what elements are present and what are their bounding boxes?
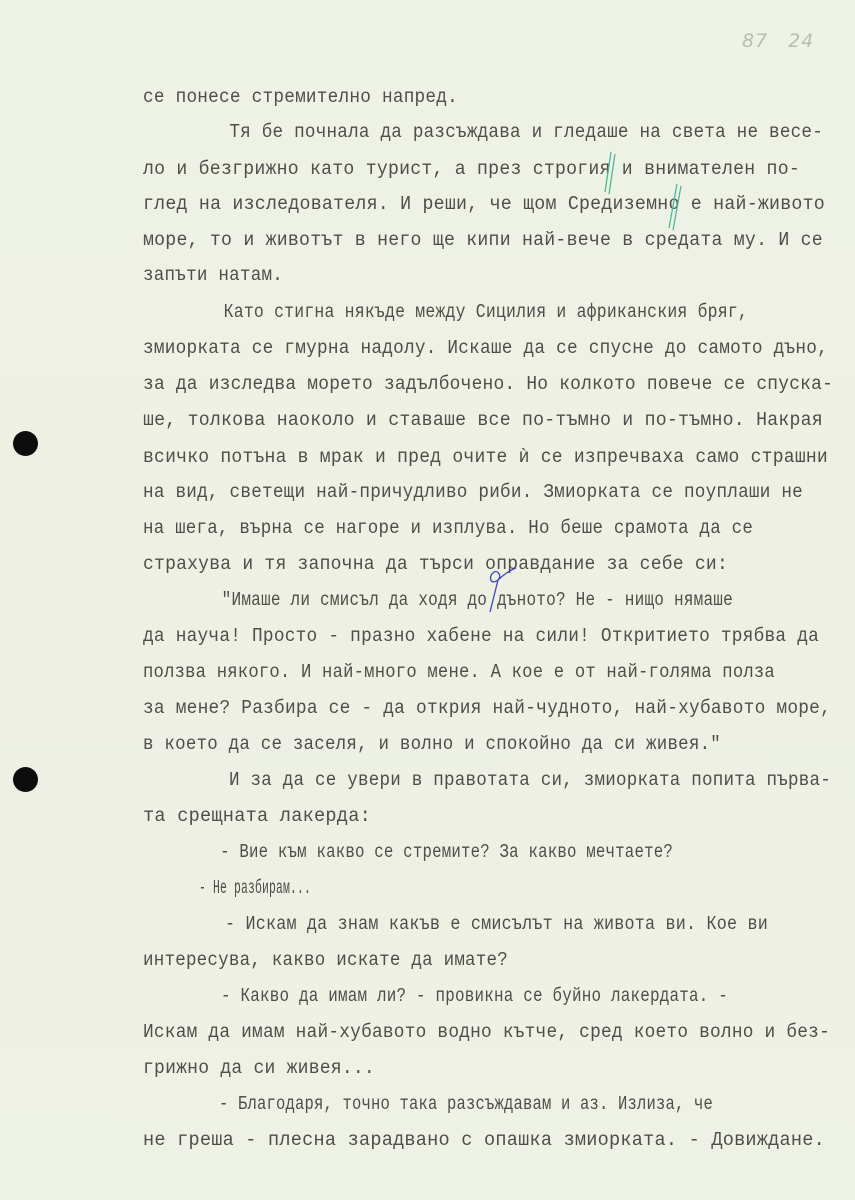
text-line: - Искам да знам какъв е смисълът на живо…: [143, 913, 768, 935]
text-line: - Не разбирам...: [143, 877, 311, 899]
text-line: змиорката се гмурна надолу. Искаше да се…: [143, 337, 828, 359]
document-page: 8724 се понесе стремително напред. Тя бе…: [0, 0, 855, 1200]
text-line: - Благодаря, точно така разсъждавам и аз…: [143, 1093, 713, 1115]
text-line: за да изследва морето задълбочено. Но ко…: [143, 373, 833, 395]
text-line: море, то и животът в него ще кипи най-ве…: [143, 229, 823, 251]
text-line: на шега, върна се нагоре и изплува. Но б…: [143, 517, 753, 539]
text-line: ше, толкова наоколо и ставаше все по-тъм…: [143, 409, 823, 431]
text-line: запъти натам.: [143, 264, 283, 286]
text-line: - Какво да имам ли? - провикна се буйно …: [143, 985, 728, 1007]
text-line: всичко потъна в мрак и пред очите ѝ се и…: [143, 446, 828, 468]
punch-hole-icon: [13, 767, 38, 792]
text-line: да науча! Просто - празно хабене на сили…: [143, 625, 819, 647]
text-line: - Вие към какво се стремите? За какво ме…: [143, 841, 673, 863]
page-number: 8724: [742, 30, 814, 52]
text-line: се понесе стремително напред.: [143, 86, 458, 108]
text-line: страхува и тя започна да търси оправдани…: [143, 553, 728, 575]
page-number-old: 87: [742, 30, 768, 52]
text-line: ползва някого. И най-много мене. А кое е…: [143, 661, 775, 683]
text-line: интересува, какво искате да имате?: [143, 949, 508, 971]
text-line: на вид, светещи най-причудливо риби. Зми…: [143, 481, 803, 503]
text-line: ло и безгрижно като турист, а през строг…: [143, 158, 800, 180]
text-line: та срещната лакерда:: [143, 805, 371, 827]
text-line: грижно да си живея...: [143, 1057, 375, 1079]
text-line: Като стигна някъде между Сицилия и африк…: [143, 301, 748, 323]
text-line: за мене? Разбира се - да открия най-чудн…: [143, 697, 831, 719]
page-number-new: 24: [788, 30, 814, 52]
text-line: не греша - плесна зарадвано с опашка зми…: [143, 1129, 825, 1151]
text-line: "Имаше ли смисъл да ходя до дъното? Не -…: [143, 589, 733, 611]
text-line: в което да се заселя, и волно и спокойно…: [143, 733, 721, 755]
punch-hole-icon: [13, 431, 38, 456]
text-line: Искам да имам най-хубавото водно кътче, …: [143, 1021, 830, 1043]
text-line: глед на изследователя. И реши, че щом Ср…: [143, 193, 825, 215]
text-line: И за да се увери в правотата си, змиорка…: [143, 769, 831, 791]
text-line: Тя бе почнала да разсъждава и гледаше на…: [143, 121, 823, 143]
